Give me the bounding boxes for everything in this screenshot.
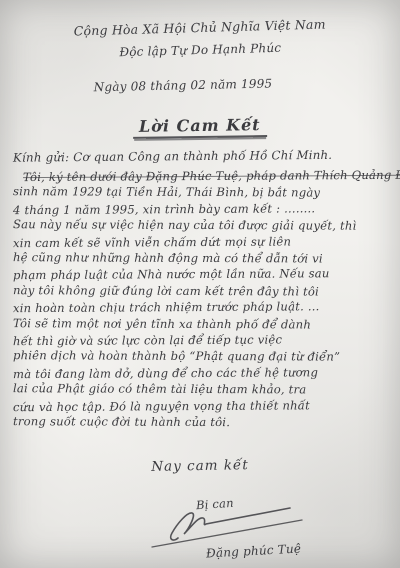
closing-line: Nay cam kết	[0, 455, 400, 478]
body-line: Tôi sẽ tìm một nơi yên tĩnh xa thành phố…	[13, 315, 392, 333]
body-line: xin hoàn toàn chịu trách nhiệm trước phá…	[13, 298, 392, 317]
letter-title-text: Lời Cam Kết	[133, 115, 267, 139]
body-line: phiên dịch và hoàn thành bộ “Phật quang …	[13, 348, 392, 366]
body-line: phạm pháp luật của Nhà nước một lần nữa.…	[13, 265, 392, 284]
body-line: Sau này nếu sự việc hiện nay của tôi đượ…	[13, 216, 392, 234]
body-line: lai của Phật giáo có thêm tài liệu tham …	[13, 380, 392, 398]
body-line: xin cam kết sẽ vĩnh viễn chấm dứt mọi sự…	[13, 232, 392, 251]
letter-body: Tôi, ký tên dưới đây Đặng Phúc Tuệ, pháp…	[13, 168, 392, 431]
body-line: sinh năm 1929 tại Tiền Hải, Thái Bình, b…	[13, 184, 392, 202]
greeting-line: Kính gửi: Cơ quan Công an thành phố Hồ C…	[13, 147, 392, 164]
letter-header: Cộng Hòa Xã Hội Chủ Nghĩa Việt Nam Độc l…	[0, 10, 400, 67]
letter-title: Lời Cam Kết	[0, 116, 400, 138]
scanned-letter-page: Cộng Hòa Xã Hội Chủ Nghĩa Việt Nam Độc l…	[0, 0, 400, 568]
date-line: Ngày 08 tháng 02 năm 1995	[0, 74, 400, 96]
body-line: trong suốt cuộc đời tu hành của tôi.	[13, 413, 392, 431]
